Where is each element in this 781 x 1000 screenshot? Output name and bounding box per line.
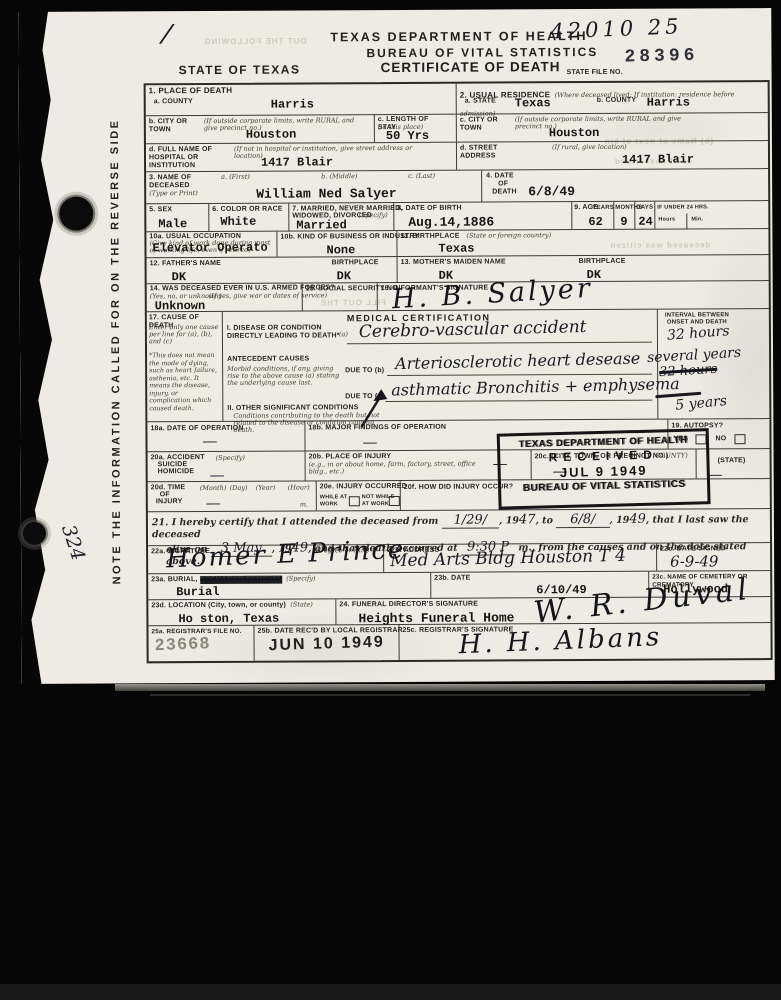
burial-location-label: 23d. LOCATION (City, town, or county) — [151, 602, 286, 611]
res-city-label: c. CITY OR TOWN — [460, 116, 512, 132]
certificate-form: 1. PLACE OF DEATH a. COUNTY Harris b. CI… — [144, 80, 773, 663]
row-name: 3. NAME OF DECEASED (Type or Print) a. (… — [146, 168, 768, 203]
res-city-value: Houston — [549, 126, 599, 140]
bleed-through-text: OUT THE FOLLOWING — [203, 36, 306, 46]
attended-to-value: 6/8/ — [556, 512, 609, 528]
father-label: 12. FATHER'S NAME — [150, 260, 221, 268]
torn-edge — [18, 10, 62, 686]
antecedent-label: ANTECEDENT CAUSES — [227, 355, 309, 363]
from-year-value: 47 — [519, 512, 536, 527]
injury-place-note: (e.g., in or about home, farm, factory, … — [309, 461, 479, 476]
physician-address-value: Med Arts Bldg Houston T 4 — [390, 546, 626, 571]
res-street-note: (If rural, give location) — [552, 144, 627, 151]
burial-date-label: 23b. DATE — [434, 575, 470, 583]
name-first-header: a. (First) — [221, 174, 250, 181]
accident-label-3: HOMICIDE — [158, 468, 195, 476]
row-parents: 12. FATHER'S NAME DK BIRTHPLACE DK 13. M… — [147, 254, 769, 283]
injury-m-label: m. — [300, 501, 308, 508]
hospital-label: d. FULL NAME OF HOSPITAL OR INSTITUTION — [149, 146, 229, 170]
header-certificate-title: CERTIFICATE OF DEATH — [381, 59, 561, 75]
county-label: a. COUNTY — [154, 98, 193, 106]
father-value: DK — [172, 270, 186, 284]
injury-time-value: — — [206, 494, 221, 512]
row-funeral: 23d. LOCATION (City, town, or county) (S… — [148, 596, 770, 625]
burial-note: (Specify) — [286, 575, 315, 582]
injury-time-label-3: INJURY — [156, 498, 183, 506]
age-years-header: YEARS — [592, 204, 614, 212]
burial-label: 23a. BURIAL, — [151, 576, 197, 584]
certify-text: 21. I hereby certify that I attended the… — [152, 516, 438, 528]
not-while-label2: AT WORK — [362, 500, 389, 508]
cause-margin-note: *This does not mean the mode of dying, s… — [149, 352, 219, 412]
injury-state-label: (STATE) — [718, 457, 746, 465]
row-occupation: 10a. USUAL OCCUPATION (Give kind of work… — [146, 228, 768, 257]
state-file-no-stamp: 28396 — [624, 46, 698, 68]
date-received-stamp: JUN 10 1949 — [268, 634, 385, 656]
operation-date-label: 18a. DATE OF OPERATION — [150, 425, 243, 433]
date-signed-value: 6-9-49 — [670, 552, 718, 570]
res-county-label: b. COUNTY — [597, 97, 637, 105]
birthplace-note: (State or foreign country) — [466, 232, 551, 239]
name-last-header: c. (Last) — [408, 173, 435, 180]
race-label: 6. COLOR OR RACE — [212, 206, 283, 214]
age-days-header: DAYS — [636, 204, 653, 212]
date-of-death-label-1: 4. DATE — [486, 172, 514, 180]
paper-bottom-edge — [115, 684, 765, 691]
city-value: Houston — [246, 128, 296, 142]
name-value: William Ned Salyer — [256, 186, 397, 202]
scan-background: { "header": { "tick": "/", "dept": "TEXA… — [0, 0, 781, 1000]
age-min-header: Min. — [691, 215, 703, 223]
date-of-death-label-2: OF — [498, 180, 508, 188]
marital-note: (Specify) — [358, 212, 387, 219]
how-injury-label: 20f. HOW DID INJURY OCCUR? — [404, 483, 513, 492]
name-middle-header: b. (Middle) — [321, 173, 357, 180]
burial-location-note: (State) — [290, 601, 313, 608]
due-to-b-label: DUE TO (b) — [345, 367, 384, 375]
res-county-value: Harris — [647, 95, 690, 109]
county-value: Harris — [271, 97, 314, 111]
paper-edge-shadow — [150, 694, 750, 696]
res-city-note: (If outside corporate limits, write RURA… — [515, 115, 690, 130]
certificate-paper: NOTE THE INFORMATION CALLED FOR ON THE R… — [18, 8, 775, 684]
row-certify-statement: 21. I hereby certify that I attended the… — [148, 508, 770, 545]
margin-scribble: 324 — [57, 522, 89, 563]
interval-b-value: several years — [647, 345, 742, 366]
received-stamp: TEXAS DEPARTMENT OF HEALTH RECEIVED JUL … — [497, 428, 711, 510]
not-while-checkbox — [389, 496, 400, 506]
header-tick-mark: / — [160, 19, 173, 50]
disease-label-2: DIRECTLY LEADING TO DEATH* — [227, 332, 340, 341]
burial-struck-options: CREMATION REMOVAL — [200, 576, 282, 584]
interval-a-value: 32 hours — [666, 323, 730, 344]
birth-date-label: 8. DATE OF BIRTH — [397, 205, 462, 213]
scan-bottom-strip — [0, 984, 781, 1000]
age-hours-header: Hours — [658, 216, 675, 224]
to-year-value: 49 — [629, 512, 646, 527]
occupation-value: Elevator Operato — [152, 241, 267, 256]
injury-day-note: (Day) — [230, 485, 248, 492]
hole-punch-top — [59, 197, 93, 231]
birthplace-label: 11. BIRTHPLACE — [400, 233, 459, 241]
certify-line-1: 21. I hereby certify that I attended the… — [152, 511, 766, 540]
race-value: White — [220, 215, 256, 229]
name-note: (Type or Print) — [149, 190, 198, 197]
antecedent-note: Morbid conditions, if any, giving rise t… — [227, 365, 342, 387]
industry-label: 10b. KIND OF BUSINESS OR INDUSTRY — [280, 233, 419, 242]
res-street-value: 1417 Blair — [622, 152, 694, 166]
injury-occurred-label: 20e. INJURY OCCURRED — [320, 483, 407, 491]
city-label: b. CITY OR TOWN — [149, 118, 201, 134]
operation-findings-label: 18b. MAJOR FINDINGS OF OPERATION — [308, 424, 446, 433]
cause-sub: Enter only one cause per line for (a), (… — [149, 324, 219, 345]
field-place-of-death: 1. PLACE OF DEATH a. COUNTY Harris b. CI… — [146, 84, 456, 172]
row-sex-age: 5. SEX Male 6. COLOR OR RACE White 7. MA… — [146, 200, 768, 231]
date-of-death-value: 6/8/49 — [528, 184, 575, 199]
header-department: TEXAS DEPARTMENT OF HEALTH — [330, 29, 587, 44]
res-street-label: d. STREET ADDRESS — [460, 144, 515, 160]
header-handwritten-number: 42010 25 — [550, 14, 683, 43]
birth-date-value: Aug.14,1886 — [408, 214, 494, 229]
hole-punch-bottom — [23, 522, 46, 545]
armed-forces-note2: (If yes, give war or dates of service) — [209, 292, 327, 300]
header-state-of-texas: STATE OF TEXAS — [179, 62, 301, 77]
header-bureau: BUREAU OF VITAL STATISTICS — [366, 45, 598, 60]
field-usual-residence: 2. USUAL RESIDENCE (Where deceased lived… — [456, 82, 768, 170]
injury-month-note: (Month) — [200, 485, 227, 492]
place-of-death-title: 1. PLACE OF DEATH — [149, 85, 453, 96]
sex-label: 5. SEX — [149, 206, 172, 214]
while-at-work-label2: WORK — [320, 500, 338, 508]
row-place-residence: 1. PLACE OF DEATH a. COUNTY Harris b. CI… — [146, 82, 768, 171]
funeral-director-label: 24. FUNERAL DIRECTOR'S SIGNATURE — [339, 601, 478, 610]
birthplace-value: Texas — [438, 242, 474, 256]
accident-note: (Specify) — [216, 455, 245, 462]
age-days-value: 24 — [638, 215, 652, 229]
burial-value: Burial — [176, 585, 219, 599]
row-registrar: 25a. REGISTRAR'S FILE NO. 23668 25b. DAT… — [148, 622, 770, 661]
sex-value: Male — [158, 217, 187, 231]
registrar-file-value: 23668 — [154, 635, 211, 656]
father-birthplace-value: DK — [337, 269, 351, 283]
injury-year-note: (Year) — [256, 485, 276, 492]
operation-findings-value: — — [362, 433, 377, 451]
res-state-value: Texas — [515, 96, 551, 110]
operation-date-value: — — [202, 432, 217, 450]
mother-label: 13. MOTHER'S MAIDEN NAME — [401, 258, 506, 267]
certify-text: , 19 — [499, 515, 519, 526]
while-at-work-checkbox — [349, 496, 360, 506]
attended-from-value: 1/29/ — [442, 512, 500, 528]
father-birthplace-label: BIRTHPLACE — [332, 259, 379, 267]
certify-text: , 19 — [609, 515, 629, 526]
hospital-value: 1417 Blair — [261, 155, 333, 169]
age-months-value: 9 — [620, 215, 627, 229]
age-years-value: 62 — [588, 215, 602, 229]
mother-birthplace-label: BIRTHPLACE — [579, 258, 626, 266]
res-state-label: a. STATE — [465, 97, 496, 105]
autopsy-no-label: NO — [715, 435, 726, 443]
date-of-death-label-3: DEATH — [492, 188, 517, 196]
age-under24-header: IF UNDER 24 HRS. — [657, 203, 717, 211]
row-armed-forces: 14. WAS DECEASED EVER IN U.S. ARMED FORC… — [147, 280, 769, 311]
autopsy-no-checkbox — [734, 434, 745, 444]
row-physician: 22a. SIGNATURE (Degree or title) Homer E… — [148, 542, 770, 573]
certify-text: , to — [536, 515, 553, 526]
state-file-no-label: STATE FILE NO. — [567, 69, 623, 77]
name-label: 3. NAME OF DECEASED — [149, 174, 219, 190]
margin-note-vertical: NOTE THE INFORMATION CALLED FOR ON THE R… — [109, 119, 123, 585]
injury-hour-note: (Hour) — [288, 484, 310, 491]
row-cause-of-death: 17. CAUSE OF DEATH Enter only one cause … — [147, 308, 770, 421]
interval-c-value: 5 years — [675, 393, 728, 414]
